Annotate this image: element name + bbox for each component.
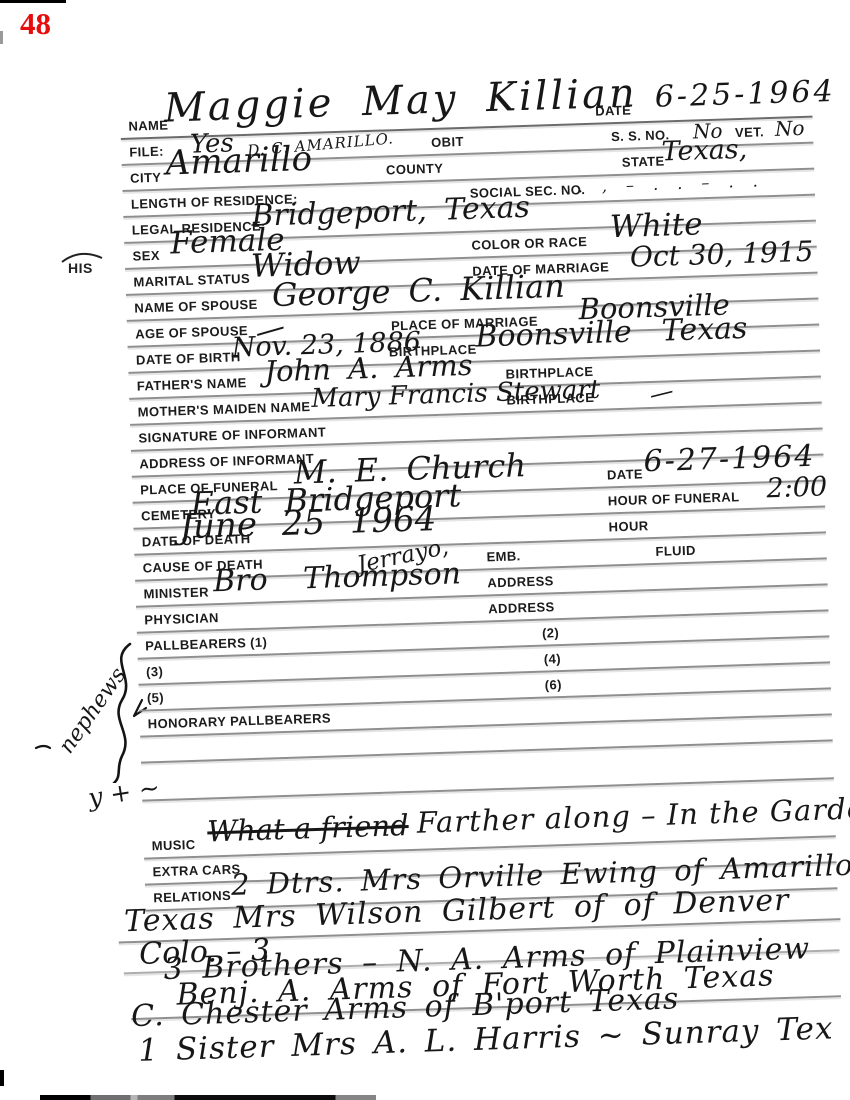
date-value: 6-25-1964 [654,77,836,113]
scan-bottom-bar [40,1095,376,1100]
scanned-funeral-record-page: { "colors": { "page_number_red": "#e60d0… [0,0,850,1100]
mother-maiden-label: MOTHER'S MAIDEN NAME [137,400,310,419]
minister-label: MINISTER [143,585,209,600]
obit-label: OBIT [431,135,464,149]
informant-signature-label: SIGNATURE OF INFORMANT [138,426,326,445]
extra-cars-label: EXTRA CARS [152,863,240,879]
form-rule-line [141,739,833,763]
birthplace-value: Boonsville Texas [475,314,748,353]
emb-label: EMB. [486,549,521,563]
page-number: 48 [20,6,51,42]
pallbearers-4-label: (4) [544,652,562,666]
scan-corner-bar [0,0,66,3]
physician-label: PHYSICIAN [144,611,219,626]
name-value: Maggie May Killian [163,73,638,128]
marriage-date-value: Oct 30, 1915 [630,238,814,272]
form-rule-line [137,609,829,633]
physician-address-label: ADDRESS [488,600,555,615]
record-form: NAMEMaggie May KillianDATE6-25-1964FILE:… [120,89,850,1091]
sex-label: SEX [132,249,160,263]
father-name-label: FATHER'S NAME [137,376,247,393]
pallbearers-2-label: (2) [542,626,560,640]
margin-scribble: nephews [30,638,150,783]
minister-value: Bro Thompson [213,559,462,597]
social-sec-value: . , – . . – . . [577,173,765,195]
scan-edge-tick-top [0,31,3,44]
form-rule-line [139,687,831,711]
vet-value: No [775,118,805,139]
scan-edge-tick-bottom [0,1070,4,1086]
fluid-label: FLUID [655,544,696,558]
music-value: – Farther along – In the Garden [391,794,850,839]
spouse-name-label: NAME OF SPOUSE [134,298,258,315]
file-label: FILE: [129,145,164,159]
music-label: MUSIC [151,838,195,852]
death-date-value: June 25 1964 [179,502,437,544]
pallbearers-5-label: (5) [147,691,165,705]
color-race-label: COLOR OR RACE [471,235,587,252]
marital-status-label: MARITAL STATUS [133,272,250,289]
form-rule-line [138,661,830,685]
birth-date-label: DATE OF BIRTH [136,350,241,366]
pallbearers-6-label: (6) [545,678,563,692]
state-value: Texas, [661,136,747,166]
spouse-name-value: George C. Killian [271,270,565,311]
honorary-pallbearers-label: HONORARY PALLBEARERS [148,712,332,731]
his-tab-label: HIS [68,260,93,276]
mother-birthplace-label: BIRTHPLACE [506,391,594,407]
mother-birthplace-value: — [647,378,676,407]
pallbearers-3-label: (3) [146,665,164,679]
county-label: COUNTY [386,162,444,177]
legal-residence-value: Bridgeport, Texas [251,193,530,232]
informant-address-label: ADDRESS OF INFORMANT [139,452,314,471]
city-value: Amarillo [165,142,312,181]
name-label: NAME [128,118,168,132]
minister-address-label: ADDRESS [487,574,554,589]
funeral-hour-value: 2:00 [766,473,827,502]
pallbearers-1-label: PALLBEARERS (1) [145,636,267,653]
music-struck-value: What a friend [207,811,409,846]
hour-label: HOUR [608,519,648,533]
funeral-hour-label: HOUR OF FUNERAL [608,490,740,507]
state-label: STATE [622,154,665,168]
his-tab: HIS [58,248,110,282]
funeral-date-label: DATE [607,467,643,481]
date-label: DATE [595,103,631,117]
city-label: CITY [130,171,162,185]
